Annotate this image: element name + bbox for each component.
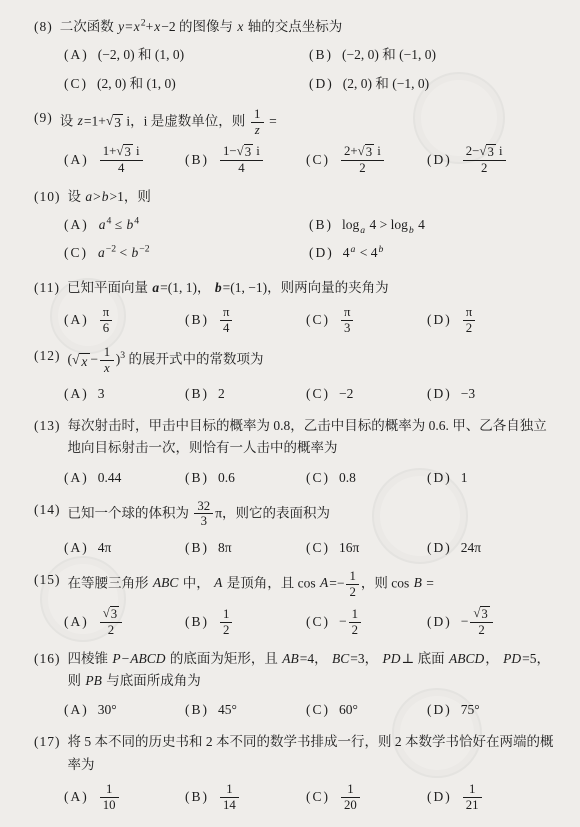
option-text: −2 [339,384,353,404]
answer-option: (A)3 [64,384,185,404]
option-text: 12 [218,607,234,638]
option-list: (A)a4 ≤ b4(B)loga 4 > logb 4(C)a−2 < b−2… [34,211,558,268]
question-stem: (√x−1x)3 的展开式中的常数项为 [68,345,559,376]
question-stem: 二次函数 y=x2+x−2 的图像与 x 轴的交点坐标为 [60,16,558,38]
option-label: (A) [64,612,89,632]
option-label: (A) [64,538,89,558]
option-text: (2, 0) 和 (1, 0) [97,74,176,94]
option-text: 0.6 [218,468,235,488]
answer-option: (B)π4 [185,305,306,336]
option-label: (B) [185,310,209,330]
question-stem-row: (16) 四棱锥 P−ABCD 的底面为矩形，且 AB=4， BC=3， PD⊥… [34,648,558,693]
option-text: 30° [98,700,117,720]
option-text: 120 [339,782,362,813]
option-label: (C) [306,700,330,720]
option-label: (D) [309,74,334,94]
answer-option: (A)110 [64,782,185,813]
option-label: (C) [64,74,88,94]
question: (12) (√x−1x)3 的展开式中的常数项为 (A)3(B)2(C)−2(D… [34,345,558,406]
option-label: (B) [185,612,209,632]
option-label: (B) [185,787,209,807]
option-label: (D) [427,612,452,632]
question: (11) 已知平面向量 a=(1, 1)， b=(1, −1)，则两向量的夹角为… [34,277,558,336]
option-label: (D) [427,384,452,404]
option-text: (−2, 0) 和 (1, 0) [98,45,184,65]
question-stem-row: (8) 二次函数 y=x2+x−2 的图像与 x 轴的交点坐标为 [34,16,558,38]
option-text: −3 [461,384,475,404]
option-label: (D) [427,310,452,330]
question-stem: 将 5 本不同的历史书和 2 本不同的数学书排成一行，则 2 本数学书恰好在两端… [68,731,559,776]
option-text: 45° [218,700,237,720]
option-list: (A)π6(B)π4(C)π3(D)π2 [34,305,558,336]
question: (10) 设 a>b>1，则 (A)a4 ≤ b4(B)loga 4 > log… [34,186,558,268]
option-label: (D) [427,150,452,170]
answer-option: (A)π6 [64,305,185,336]
answer-option: (B)114 [185,782,306,813]
question-stem-row: (11) 已知平面向量 a=(1, 1)， b=(1, −1)，则两向量的夹角为 [34,277,558,299]
question-number: (11) [34,277,60,299]
question-stem: 每次射击时，甲击中目标的概率为 0.8，乙击中目标的概率为 0.6. 甲、乙各自… [68,415,559,460]
question-list: (8) 二次函数 y=x2+x−2 的图像与 x 轴的交点坐标为 (A)(−2,… [0,0,580,827]
answer-option: (D)4a < 4b [309,243,558,263]
option-text: 2−√3 i2 [461,144,508,177]
answer-option: (D)(2, 0) 和 (−1, 0) [309,74,558,94]
question-stem: 已知一个球的体积为 323π，则它的表面积为 [68,499,559,530]
option-text: √32 [98,606,124,639]
question-stem: 四棱锥 P−ABCD 的底面为矩形，且 AB=4， BC=3， PD⊥ 底面 A… [68,648,559,693]
answer-option: (D)75° [427,700,558,720]
question-number: (16) [34,648,61,670]
option-text: −12 [339,607,363,638]
answer-option: (C)0.8 [306,468,427,488]
option-text: 2 [218,384,225,404]
option-list: (A)30°(B)45°(C)60°(D)75° [34,698,558,722]
option-text: loga 4 > logb 4 [342,215,425,235]
option-label: (B) [309,45,333,65]
option-label: (A) [64,787,89,807]
question-stem: 在等腰三角形 ABC 中， A 是顶角，且 cos A=−12，则 cos B … [68,569,559,600]
option-text: π6 [98,305,114,336]
answer-option: (B)loga 4 > logb 4 [309,215,558,235]
option-label: (C) [306,787,330,807]
answer-option: (A)4π [64,538,185,558]
question-number: (8) [34,16,53,38]
question-number: (17) [34,731,61,753]
answer-option: (C)120 [306,782,427,813]
question: (14) 已知一个球的体积为 323π，则它的表面积为 (A)4π(B)8π(C… [34,499,558,560]
option-label: (C) [306,538,330,558]
question: (9) 设 z=1+√3 i，i 是虚数单位，则 1z = (A)1+√3 i4… [34,107,558,177]
option-list: (A)3(B)2(C)−2(D)−3 [34,382,558,406]
option-label: (B) [309,215,333,235]
option-label: (B) [185,384,209,404]
answer-option: (C)(2, 0) 和 (1, 0) [64,74,309,94]
option-text: 0.8 [339,468,356,488]
question-stem: 设 z=1+√3 i，i 是虚数单位，则 1z = [60,107,558,138]
option-label: (C) [306,310,330,330]
option-text: 75° [461,700,480,720]
option-label: (A) [64,45,89,65]
option-text: 121 [461,782,484,813]
option-text: 1+√3 i4 [98,144,145,177]
option-text: 4a < 4b [343,243,385,263]
question-number: (10) [34,186,61,208]
option-list: (A)√32(B)12(C)−12(D)−√32 [34,606,558,639]
answer-option: (B)(−2, 0) 和 (−1, 0) [309,45,558,65]
option-text: a−2 < b−2 [97,243,150,263]
option-text: a4 ≤ b4 [98,215,139,235]
answer-option: (C)16π [306,538,427,558]
question: (13) 每次射击时，甲击中目标的概率为 0.8，乙击中目标的概率为 0.6. … [34,415,558,490]
question-number: (15) [34,569,61,591]
option-list: (A)1+√3 i4(B)1−√3 i4(C)2+√3 i2(D)2−√3 i2 [34,144,558,177]
option-label: (B) [185,468,209,488]
option-text: 1−√3 i4 [218,144,265,177]
question-stem: 设 a>b>1，则 [68,186,559,208]
option-label: (D) [427,700,452,720]
question-stem-row: (9) 设 z=1+√3 i，i 是虚数单位，则 1z = [34,107,558,138]
option-label: (C) [64,243,88,263]
option-text: 4π [98,538,112,558]
answer-option: (D)1 [427,468,558,488]
question-stem-row: (17) 将 5 本不同的历史书和 2 本不同的数学书排成一行，则 2 本数学书… [34,731,558,776]
option-list: (A)0.44(B)0.6(C)0.8(D)1 [34,466,558,490]
option-text: 3 [98,384,105,404]
option-label: (A) [64,150,89,170]
answer-option: (B)8π [185,538,306,558]
answer-option: (C)π3 [306,305,427,336]
option-label: (B) [185,700,209,720]
answer-option: (A)√32 [64,606,185,639]
exam-page: (8) 二次函数 y=x2+x−2 的图像与 x 轴的交点坐标为 (A)(−2,… [0,0,580,827]
option-label: (D) [427,538,452,558]
answer-option: (B)1−√3 i4 [185,144,306,177]
option-label: (C) [306,468,330,488]
answer-option: (A)a4 ≤ b4 [64,215,309,235]
question-number: (9) [34,107,53,129]
option-text: −√32 [461,606,495,639]
option-text: 110 [98,782,121,813]
answer-option: (B)12 [185,607,306,638]
question-stem-row: (12) (√x−1x)3 的展开式中的常数项为 [34,345,558,376]
option-label: (A) [64,384,89,404]
question-stem: 已知平面向量 a=(1, 1)， b=(1, −1)，则两向量的夹角为 [67,277,558,299]
option-text: 24π [461,538,481,558]
option-text: 60° [339,700,358,720]
option-label: (B) [185,150,209,170]
answer-option: (D)−3 [427,384,558,404]
option-text: π4 [218,305,234,336]
option-label: (D) [427,468,452,488]
answer-option: (C)2+√3 i2 [306,144,427,177]
option-text: π2 [461,305,477,336]
answer-option: (A)1+√3 i4 [64,144,185,177]
answer-option: (C)−2 [306,384,427,404]
question: (16) 四棱锥 P−ABCD 的底面为矩形，且 AB=4， BC=3， PD⊥… [34,648,558,723]
answer-option: (B)2 [185,384,306,404]
question-stem-row: (14) 已知一个球的体积为 323π，则它的表面积为 [34,499,558,530]
option-label: (A) [64,215,89,235]
option-text: 1 [461,468,468,488]
option-text: 0.44 [98,468,122,488]
option-text: 8π [218,538,232,558]
option-label: (A) [64,468,89,488]
answer-option: (D)2−√3 i2 [427,144,558,177]
answer-option: (C)60° [306,700,427,720]
option-label: (D) [427,787,452,807]
option-list: (A)4π(B)8π(C)16π(D)24π [34,536,558,560]
question-stem-row: (15) 在等腰三角形 ABC 中， A 是顶角，且 cos A=−12，则 c… [34,569,558,600]
option-text: 16π [339,538,359,558]
question-number: (13) [34,415,61,437]
option-text: 2+√3 i2 [339,144,386,177]
option-label: (C) [306,384,330,404]
question-number: (14) [34,499,61,521]
answer-option: (D)121 [427,782,558,813]
option-label: (C) [306,150,330,170]
answer-option: (B)45° [185,700,306,720]
answer-option: (D)−√32 [427,606,558,639]
question: (15) 在等腰三角形 ABC 中， A 是顶角，且 cos A=−12，则 c… [34,569,558,639]
option-text: 114 [218,782,241,813]
option-text: π3 [339,305,355,336]
option-list: (A)110(B)114(C)120(D)121 [34,782,558,813]
answer-option: (A)0.44 [64,468,185,488]
question-stem-row: (13) 每次射击时，甲击中目标的概率为 0.8，乙击中目标的概率为 0.6. … [34,415,558,460]
option-label: (D) [309,243,334,263]
answer-option: (D)24π [427,538,558,558]
answer-option: (B)0.6 [185,468,306,488]
answer-option: (C)a−2 < b−2 [64,243,309,263]
question-number: (12) [34,345,61,367]
option-label: (A) [64,700,89,720]
option-label: (B) [185,538,209,558]
answer-option: (A)30° [64,700,185,720]
option-label: (C) [306,612,330,632]
option-text: (−2, 0) 和 (−1, 0) [342,45,436,65]
option-list: (A)(−2, 0) 和 (1, 0)(B)(−2, 0) 和 (−1, 0)(… [34,41,558,98]
option-text: (2, 0) 和 (−1, 0) [343,74,429,94]
question-stem-row: (10) 设 a>b>1，则 [34,186,558,208]
answer-option: (C)−12 [306,607,427,638]
answer-option: (A)(−2, 0) 和 (1, 0) [64,45,309,65]
question: (8) 二次函数 y=x2+x−2 的图像与 x 轴的交点坐标为 (A)(−2,… [34,16,558,98]
question: (17) 将 5 本不同的历史书和 2 本不同的数学书排成一行，则 2 本数学书… [34,731,558,813]
answer-option: (D)π2 [427,305,558,336]
option-label: (A) [64,310,89,330]
